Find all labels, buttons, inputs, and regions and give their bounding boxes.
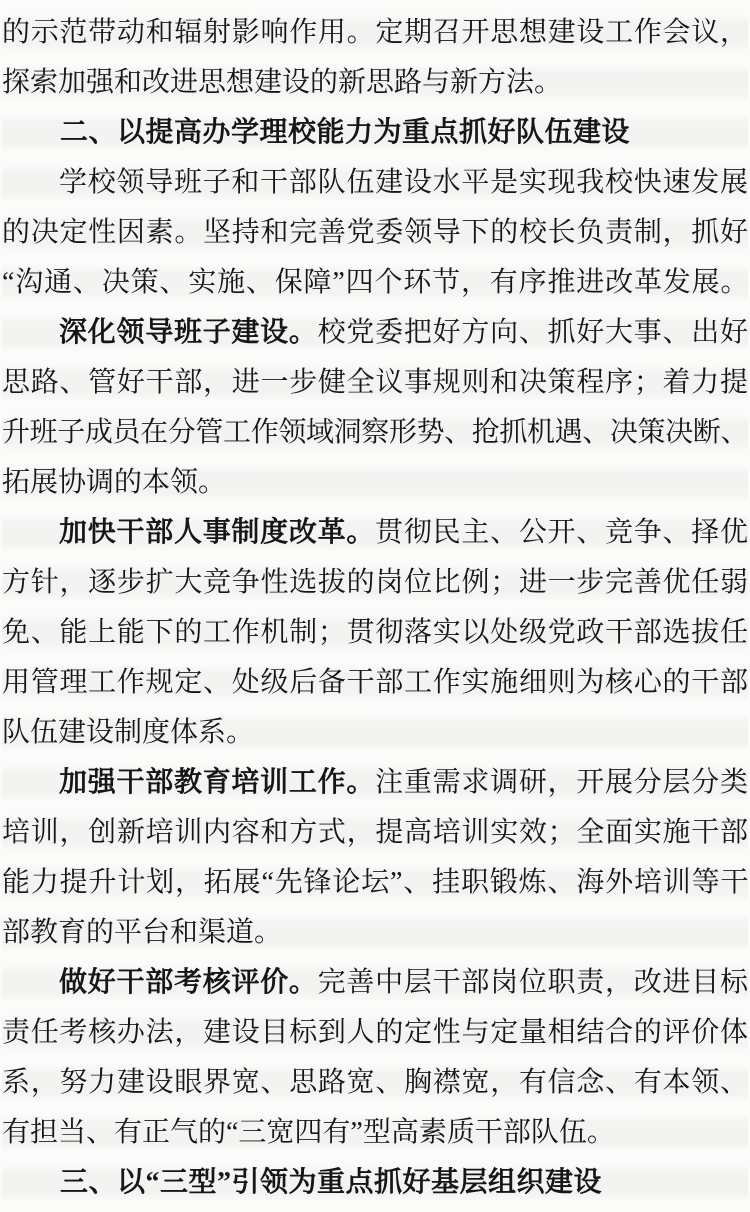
text-line: 升班子成员在分管工作领域洞察形势、抢抓机遇、决策决断、 [2,408,748,458]
text-line: 有担当、有正气的“三宽四有”型高素质干部队伍。 [2,1108,748,1158]
text-line: 用管理工作规定、处级后备干部工作实施细则为核心的干部 [2,658,748,708]
line-text: 贯彻民主、公开、竞争、择优 [375,517,748,548]
text-line: “沟通、决策、实施、保障”四个环节，有序推进改革发展。 [2,258,748,308]
text-line: 免、能上能下的工作机制；贯彻落实以处级党政干部选拔任 [2,608,748,658]
document-page: 的示范带动和辐射影响作用。定期召开思想建设工作会议， 探索加强和改进思想建设的新… [0,0,750,1212]
text-line: 部教育的平台和渠道。 [2,908,748,958]
section-heading-3: 三、以“三型”引领为重点抓好基层组织建设 [2,1158,748,1208]
lead-in-bold: 加快干部人事制度改革。 [59,517,375,548]
text-line: 深化领导班子建设。校党委把好方向、抓好大事、出好 [2,308,748,358]
lead-in-bold: 加强干部教育培训工作。 [59,767,375,798]
line-text: 完善中层干部岗位职责，改进目标 [318,967,748,998]
text-line: 做好干部考核评价。完善中层干部岗位职责，改进目标 [2,958,748,1008]
text-line: 思路、管好干部，进一步健全议事规则和决策程序；着力提 [2,358,748,408]
text-line: 系，努力建设眼界宽、思路宽、胸襟宽，有信念、有本领、 [2,1058,748,1108]
text-line: 加强干部教育培训工作。注重需求调研，开展分层分类 [2,758,748,808]
line-text: 注重需求调研，开展分层分类 [375,767,748,798]
lead-in-bold: 深化领导班子建设。 [59,317,318,348]
text-line: 学校领导班子和干部队伍建设水平是实现我校快速发展 [2,158,748,208]
text-line: 责任考核办法，建设目标到人的定性与定量相结合的评价体 [2,1008,748,1058]
section-heading-2: 二、以提高办学理校能力为重点抓好队伍建设 [2,108,748,158]
text-line: 拓展协调的本领。 [2,458,748,508]
line-text: 校党委把好方向、抓好大事、出好 [318,317,748,348]
text-line: 方针，逐步扩大竞争性选拔的岗位比例；进一步完善优任弱 [2,558,748,608]
text-line: 探索加强和改进思想建设的新思路与新方法。 [2,58,748,108]
text-line: 加快干部人事制度改革。贯彻民主、公开、竞争、择优 [2,508,748,558]
lead-in-bold: 做好干部考核评价。 [59,967,318,998]
text-line: 的示范带动和辐射影响作用。定期召开思想建设工作会议， [2,8,748,58]
text-line: 队伍建设制度体系。 [2,708,748,758]
text-line: 培训，创新培训内容和方式，提高培训实效；全面实施干部 [2,808,748,858]
text-line: 能力提升计划，拓展“先锋论坛”、挂职锻炼、海外培训等干 [2,858,748,908]
text-line: 的决定性因素。坚持和完善党委领导下的校长负责制，抓好 [2,208,748,258]
